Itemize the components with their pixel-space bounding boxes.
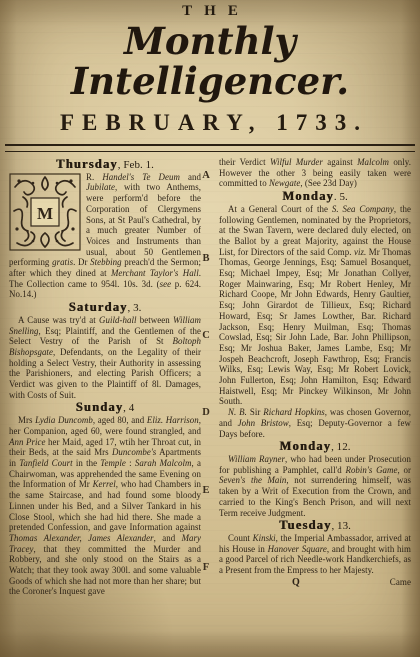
day-heading-saturday: Saturday, 3. <box>9 302 201 314</box>
day-heading-tuesday-13: Tuesday, 13. <box>219 520 411 532</box>
issue-date: FEBRUARY, 1733. <box>0 110 420 136</box>
ornamental-initial: M <box>9 173 81 251</box>
gutter-letter-e: E <box>199 485 213 496</box>
woodcut-ornament-icon: M <box>9 173 81 251</box>
day-heading-monday-12: Monday, 12. <box>219 441 411 453</box>
masthead-kicker: THE <box>0 3 420 20</box>
signature-line: Q Came <box>219 577 411 589</box>
magazine-page: THE Monthly Intelligencer. FEBRUARY, 173… <box>0 0 420 657</box>
gutter-letter-a: A <box>199 170 213 181</box>
day-heading-monday-5: Monday. 5. <box>219 191 411 203</box>
gutter-letter-b: B <box>199 253 213 264</box>
catchword: Came <box>390 577 411 588</box>
news-paragraph-verdict: their Verdict Wilful Murder against Malc… <box>219 157 411 189</box>
text-columns: Thursday, Feb. 1. <box>0 152 420 597</box>
news-paragraph-snelling: A Cause was try'd at Guild-hall between … <box>9 315 201 401</box>
day-heading-thursday: Thursday, Feb. 1. <box>9 159 201 171</box>
right-column: their Verdict Wilful Murder against Malc… <box>219 157 411 597</box>
initial-letter: M <box>37 204 53 223</box>
news-paragraph-handel: M R. Handel's Te Deum and Jubilate, with… <box>9 172 201 300</box>
signature-mark: Q <box>292 578 300 589</box>
news-paragraph-nota-bene: N. B. Sir Richard Hopkins, was chosen Go… <box>219 407 411 439</box>
gutter-letter-d: D <box>199 407 213 418</box>
page-title: Monthly Intelligencer. <box>0 21 420 101</box>
gutter-letter-f: F <box>199 562 213 573</box>
day-heading-sunday: Sunday, 4 <box>9 402 201 414</box>
gutter-letter-c: C <box>199 330 213 341</box>
left-column: Thursday, Feb. 1. <box>9 157 201 597</box>
news-paragraph-duncomb-murder: Mrs Lydia Duncomb, aged 80, and Eliz. Ha… <box>9 415 201 597</box>
news-paragraph-south-sea-court: At a General Court of the S. Sea Company… <box>219 204 411 407</box>
masthead: THE Monthly Intelligencer. FEBRUARY, 173… <box>0 0 420 152</box>
news-paragraph-rayner: William Rayner, who had been under Prose… <box>219 454 411 518</box>
news-paragraph-kinski: Count Kinski, the Imperial Ambassador, a… <box>219 533 411 576</box>
double-rule <box>5 144 415 152</box>
